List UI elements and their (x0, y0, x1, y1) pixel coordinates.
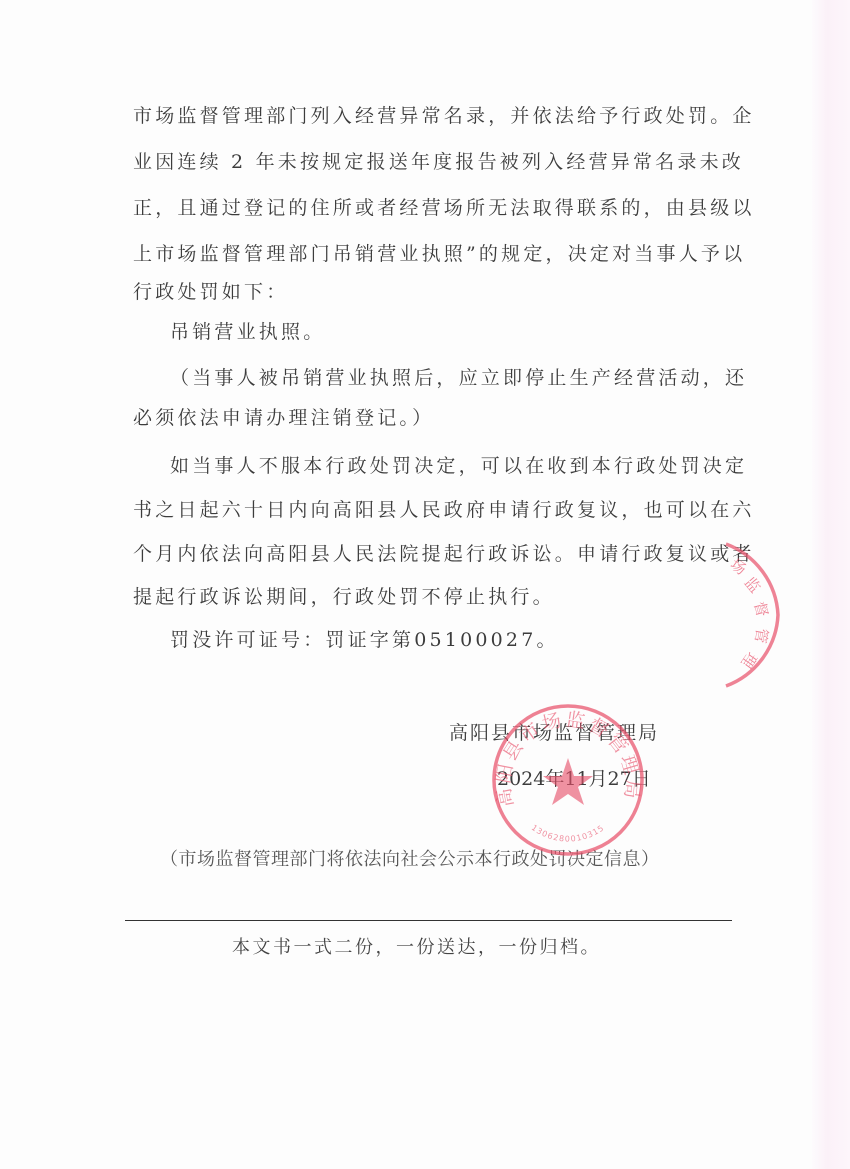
issue-date: 2024年11月27日 (497, 764, 651, 791)
footer-text: 本文书一式二份，一份送达，一份归档。 (232, 933, 601, 959)
issuer-name: 高阳县市场监督管理局 (449, 718, 659, 745)
svg-text:管: 管 (751, 627, 771, 645)
divider-line (125, 920, 732, 921)
public-notice: （市场监督管理部门将依法向社会公示本行政处罚决定信息） (160, 845, 660, 871)
paragraph-line: 行政处罚如下： (133, 280, 708, 304)
appeal-line: 如当事人不服本行政处罚决定，可以在收到本行政处罚决定 (170, 454, 745, 478)
permit-number: 罚没许可证号：罚证字第05100027。 (170, 628, 745, 652)
appeal-line: 书之日起六十日内向高阳县人民政府申请行政复议，也可以在六 (133, 498, 708, 522)
svg-text:督: 督 (750, 600, 771, 619)
svg-text:1306280010315: 1306280010315 (530, 823, 606, 843)
paragraph-line: 业因连续 2 年未按规定报送年度报告被列入经营异常名录未改 (133, 150, 708, 174)
note-line: 必须依法申请办理注销登记。） (133, 406, 708, 430)
appeal-line: 个月内依法向高阳县人民法院提起行政诉讼。申请行政复议或者 (133, 542, 708, 566)
paragraph-line: 正，且通过登记的住所或者经营场所无法取得联系的，由县级以 (133, 196, 708, 220)
scan-edge-band (812, 0, 850, 1169)
svg-text:监: 监 (741, 573, 764, 596)
note-line: （当事人被吊销营业执照后，应立即停止生产经营活动，还 (170, 366, 745, 390)
penalty-text: 吊销营业执照。 (170, 320, 745, 344)
appeal-line: 提起行政诉讼期间，行政处罚不停止执行。 (133, 585, 708, 609)
paragraph-line: 市场监督管理部门列入经营异常名录，并依法给予行政处罚。企 (133, 104, 708, 128)
paragraph-line: 上市场监督管理部门吊销营业执照”的规定，决定对当事人予以 (133, 242, 708, 266)
svg-text:理: 理 (737, 649, 760, 672)
